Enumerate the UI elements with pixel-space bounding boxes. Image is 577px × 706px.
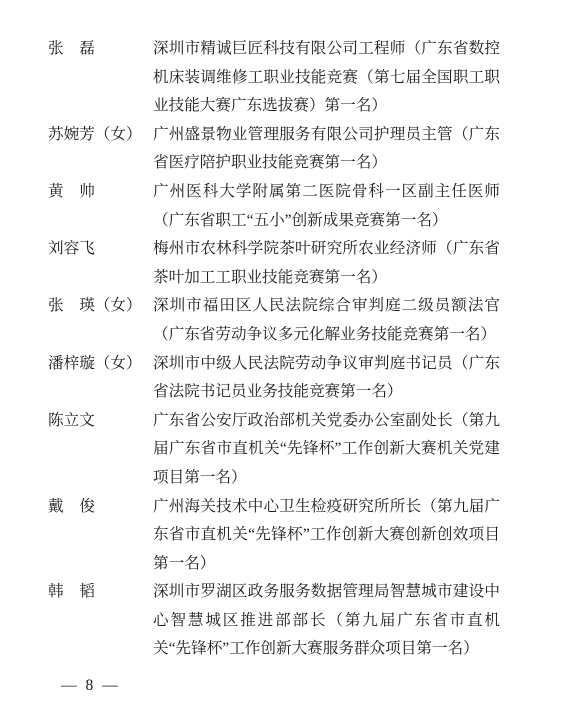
list-item: 苏婉芳（女） 广州盛景物业管理服务有限公司护理员主管（广东省医疗陪护职业技能竞赛…	[48, 121, 500, 178]
awardee-name: 刘容飞	[48, 235, 153, 264]
list-item: 韩 韬 深圳市罗湖区政务服务数据管理局智慧城市建设中心智慧城区推进部部长（第九届…	[48, 578, 500, 664]
awardee-description: 广州盛景物业管理服务有限公司护理员主管（广东省医疗陪护职业技能竞赛第一名）	[153, 121, 500, 178]
award-list: 张 磊 深圳市精诚巨匠科技有限公司工程师（广东省数控机床装调维修工职业技能竞赛（…	[48, 35, 500, 664]
awardee-name: 戴 俊	[48, 493, 153, 522]
awardee-description: 深圳市中级人民法院劳动争议审判庭书记员（广东省法院书记员业务技能竞赛第一名）	[153, 350, 500, 407]
list-item: 潘梓璇（女） 深圳市中级人民法院劳动争议审判庭书记员（广东省法院书记员业务技能竞…	[48, 350, 500, 407]
list-item: 戴 俊 广州海关技术中心卫生检疫研究所所长（第九届广东省市直机关“先锋杯”工作创…	[48, 493, 500, 579]
awardee-name: 苏婉芳（女）	[48, 121, 153, 150]
awardee-name: 陈立文	[48, 407, 153, 436]
document-page: 张 磊 深圳市精诚巨匠科技有限公司工程师（广东省数控机床装调维修工职业技能竞赛（…	[0, 0, 577, 706]
awardee-description: 深圳市罗湖区政务服务数据管理局智慧城市建设中心智慧城区推进部部长（第九届广东省市…	[153, 578, 500, 664]
awardee-name: 黄 帅	[48, 178, 153, 207]
awardee-name: 张 瑛（女）	[48, 292, 153, 321]
awardee-description: 深圳市精诚巨匠科技有限公司工程师（广东省数控机床装调维修工职业技能竞赛（第七届全…	[153, 35, 500, 121]
awardee-name: 张 磊	[48, 35, 153, 64]
awardee-description: 广州海关技术中心卫生检疫研究所所长（第九届广东省市直机关“先锋杯”工作创新大赛创…	[153, 493, 500, 579]
awardee-description: 深圳市福田区人民法院综合审判庭二级员额法官（广东省劳动争议多元化解业务技能竞赛第…	[153, 292, 500, 349]
awardee-description: 广州医科大学附属第二医院骨科一区副主任医师（广东省职工“五小”创新成果竞赛第一名…	[153, 178, 500, 235]
awardee-name: 潘梓璇（女）	[48, 350, 153, 379]
list-item: 张 瑛（女） 深圳市福田区人民法院综合审判庭二级员额法官（广东省劳动争议多元化解…	[48, 292, 500, 349]
list-item: 张 磊 深圳市精诚巨匠科技有限公司工程师（广东省数控机床装调维修工职业技能竞赛（…	[48, 35, 500, 121]
list-item: 陈立文 广东省公安厅政治部机关党委办公室副处长（第九届广东省市直机关“先锋杯”工…	[48, 407, 500, 493]
list-item: 黄 帅 广州医科大学附属第二医院骨科一区副主任医师（广东省职工“五小”创新成果竞…	[48, 178, 500, 235]
awardee-description: 广东省公安厅政治部机关党委办公室副处长（第九届广东省市直机关“先锋杯”工作创新大…	[153, 407, 500, 493]
page-number: — 8 —	[61, 677, 118, 695]
awardee-name: 韩 韬	[48, 578, 153, 607]
list-item: 刘容飞 梅州市农林科学院茶叶研究所农业经济师（广东省茶叶加工工职业技能竞赛第一名…	[48, 235, 500, 292]
awardee-description: 梅州市农林科学院茶叶研究所农业经济师（广东省茶叶加工工职业技能竞赛第一名）	[153, 235, 500, 292]
